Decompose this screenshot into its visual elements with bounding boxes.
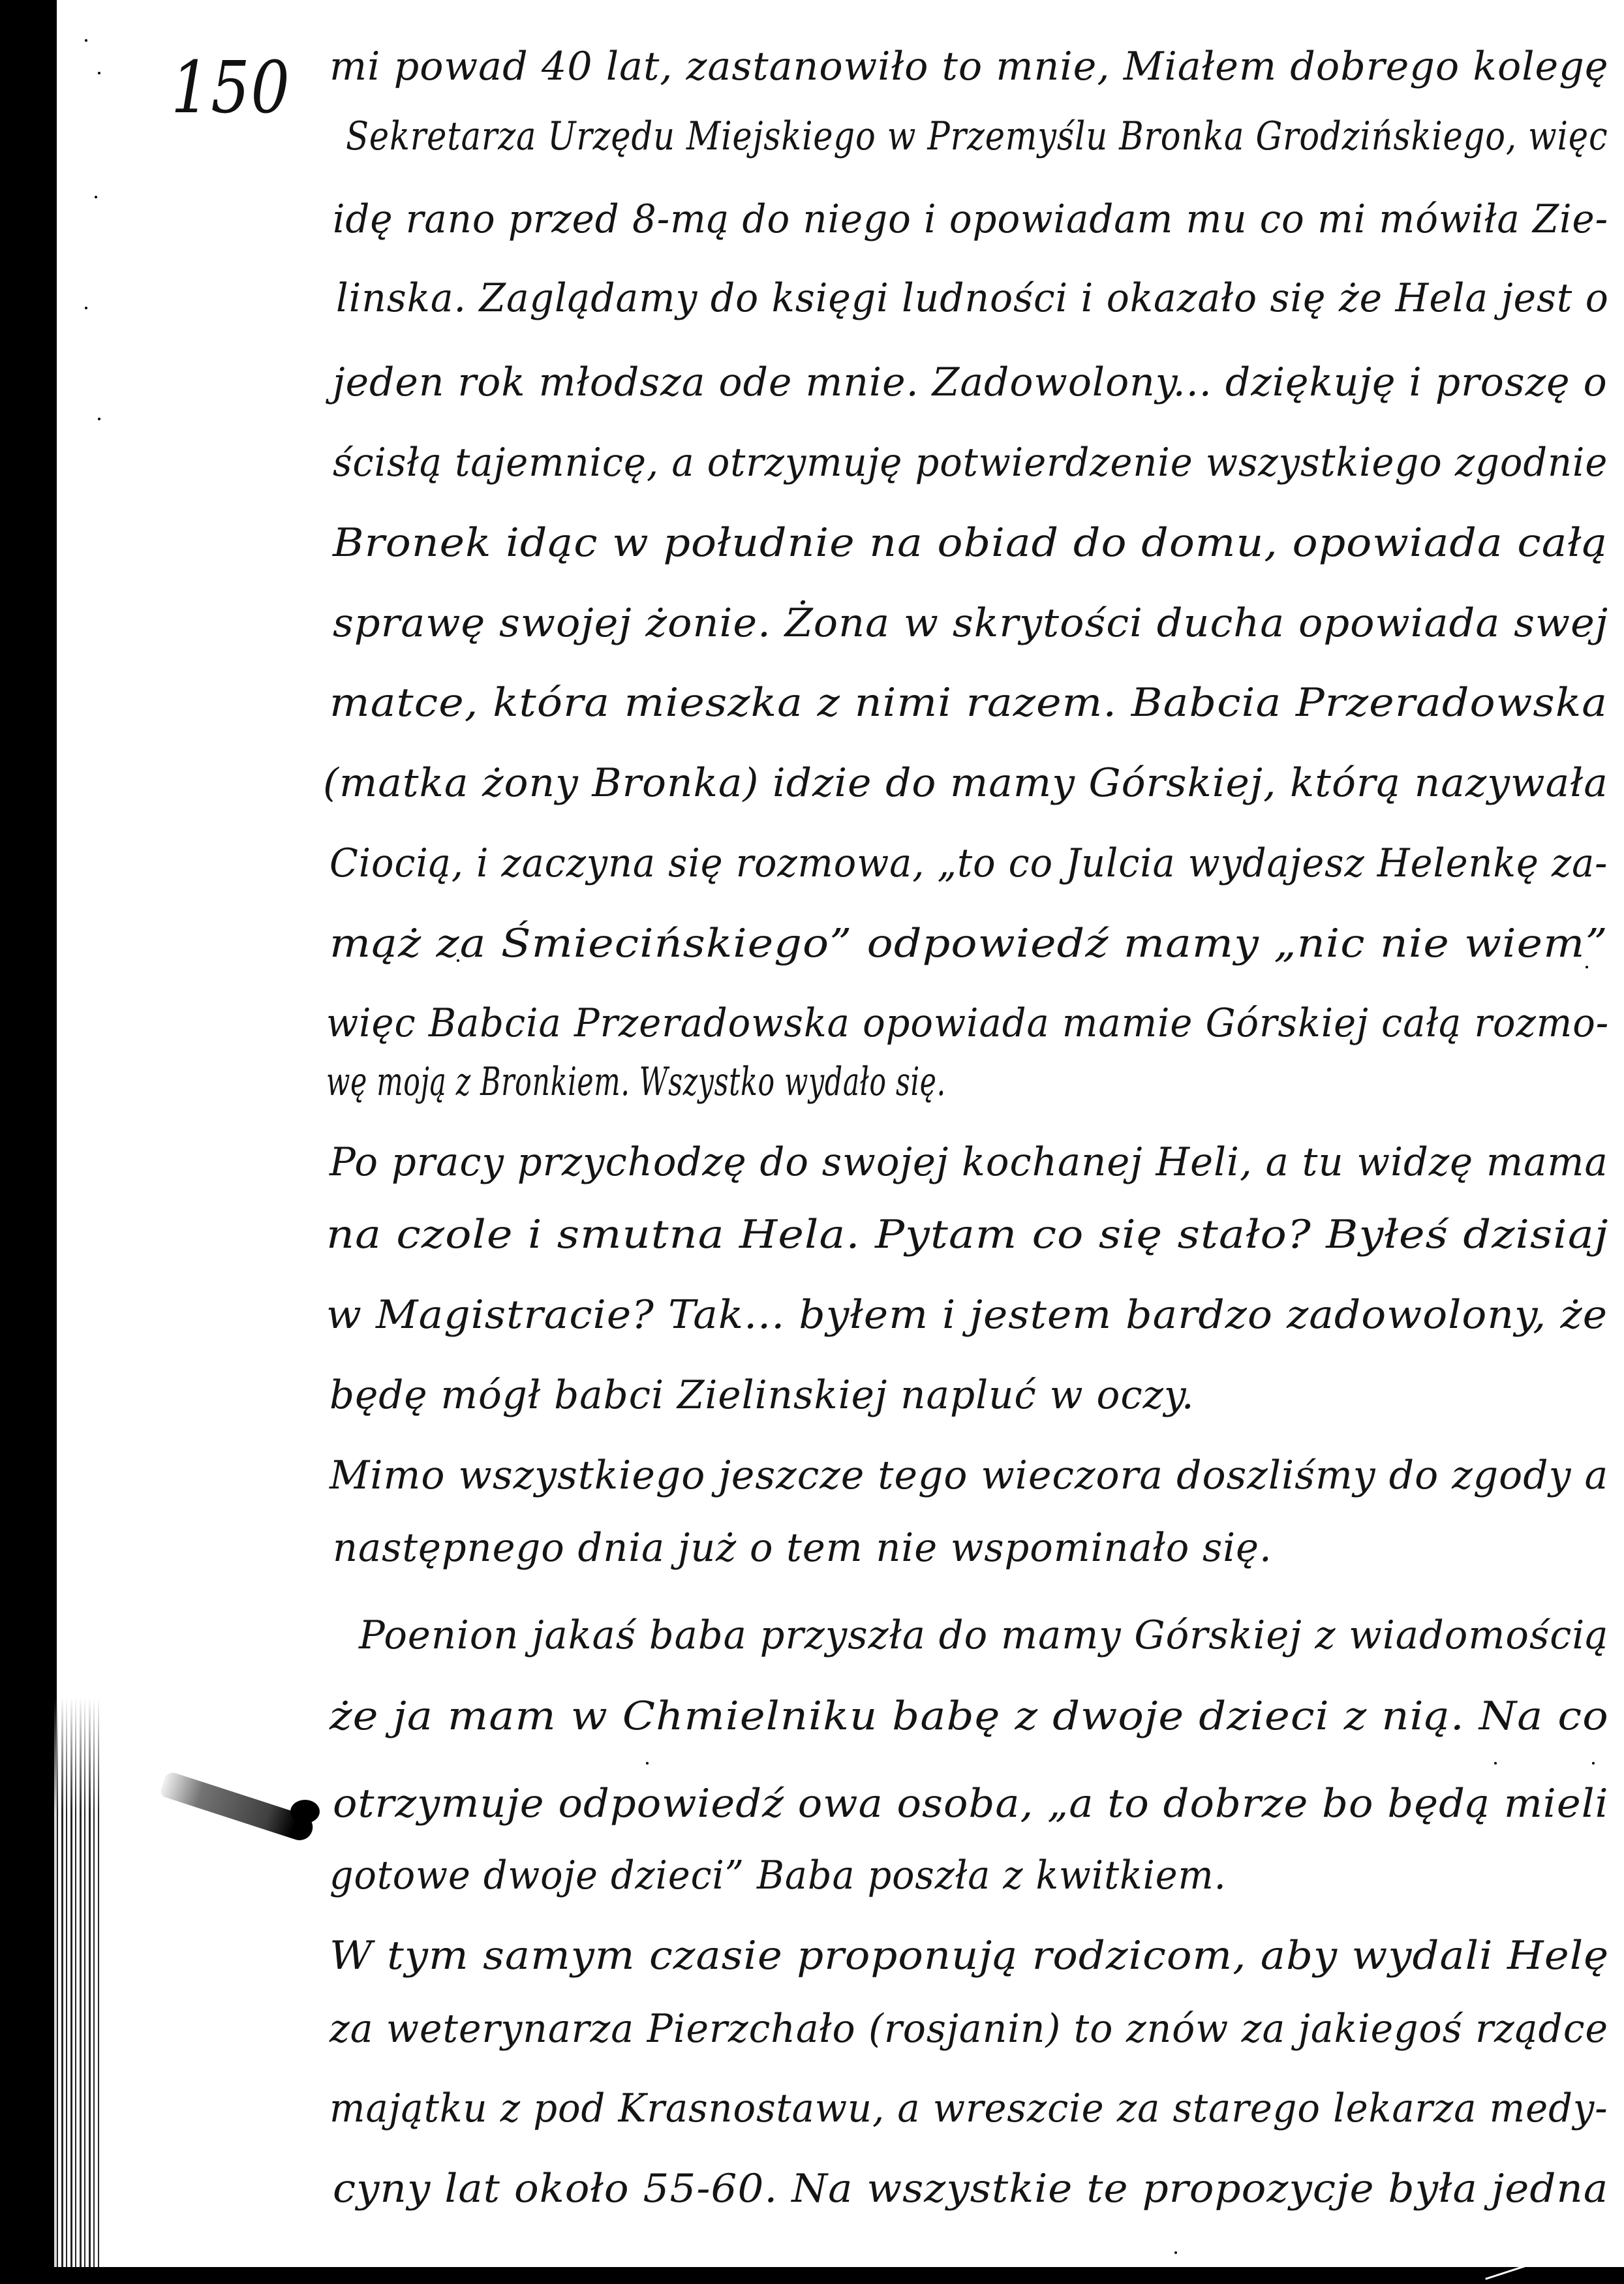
scan-speck (457, 959, 459, 962)
text-line: w Magistracie? Tak... byłem i jestem bar… (326, 1292, 1608, 1338)
scan-speck (98, 72, 100, 74)
text-line: wę moją z Bronkiem. Wszystko wydało się. (326, 1059, 946, 1105)
text-line: mąż za Śmiecińskiego” odpowiedź mamy „ni… (329, 921, 1608, 966)
text-line: Po pracy przychodzę do swojej kochanej H… (329, 1139, 1608, 1185)
scan-speck (98, 418, 100, 420)
text-line: W tym samym czasie proponują rodzicom, a… (329, 1933, 1609, 1979)
text-line: Poenion jakaś baba przyszła do mamy Górs… (359, 1613, 1608, 1658)
text-line: że ja mam w Chmielniku babę z dwoje dzie… (329, 1693, 1609, 1739)
text-line: ścisłą tajemnicę, a otrzymuję potwierdze… (333, 440, 1608, 486)
handwritten-text-body: mi powad 40 lat, zastanowiło to mnie, Mi… (0, 0, 1624, 2284)
text-line: otrzymuje odpowiedź owa osoba, „a to dob… (333, 1781, 1609, 1827)
scan-speck (646, 1762, 649, 1765)
text-line: sprawę swojej żonie. Żona w skrytości du… (333, 600, 1608, 646)
scan-speck (85, 39, 87, 42)
text-line: na czole i smutna Hela. Pytam co się sta… (326, 1212, 1609, 1258)
text-line: linska. Zaglądamy do księgi ludności i o… (336, 275, 1609, 321)
scan-speck (95, 196, 97, 198)
text-line: Sekretarza Urzędu Miejskiego w Przemyślu… (346, 114, 1608, 159)
text-line: następnego dnia już o tem nie wspominało… (333, 1525, 1272, 1571)
text-line: więc Babcia Przeradowska opowiada mamie … (326, 1000, 1609, 1046)
text-line: Mimo wszystkiego jeszcze tego wieczora d… (329, 1453, 1608, 1498)
text-line: gotowe dwoje dzieci” Baba poszła z kwitk… (329, 1853, 1227, 1898)
text-line: (matka żony Bronka) idzie do mamy Górski… (323, 760, 1608, 806)
text-line: będę mógł babci Zielinskiej napluć w ocz… (329, 1372, 1195, 1418)
text-line: Bronek idąc w południe na obiad do domu,… (333, 520, 1608, 566)
text-line: matce, która mieszka z nimi razem. Babci… (329, 680, 1608, 726)
scan-speck (1592, 1762, 1595, 1765)
text-line: mi powad 40 lat, zastanowiło to mnie, Mi… (329, 44, 1609, 89)
scan-speck (1586, 966, 1588, 968)
text-line: za weterynarza Pierzchało (rosjanin) to … (329, 2006, 1608, 2052)
text-line: jeden rok młodsza ode mnie. Zadowolony..… (333, 360, 1608, 405)
scan-speck (1174, 2251, 1177, 2254)
text-line: majątku z pod Krasnostawu, a wreszcie za… (329, 2086, 1608, 2131)
scan-speck (85, 307, 87, 309)
text-line: cyny lat około 55-60. Na wszystkie te pr… (333, 2166, 1608, 2212)
scan-speck (1494, 1762, 1497, 1765)
manuscript-page: 150 mi powad 40 lat, zastanowiło to mnie… (0, 0, 1624, 2284)
text-line: idę rano przed 8-mą do niego i opowiadam… (333, 196, 1608, 242)
text-line: Ciocią, i zaczyna się rozmowa, „to co Ju… (329, 841, 1608, 886)
